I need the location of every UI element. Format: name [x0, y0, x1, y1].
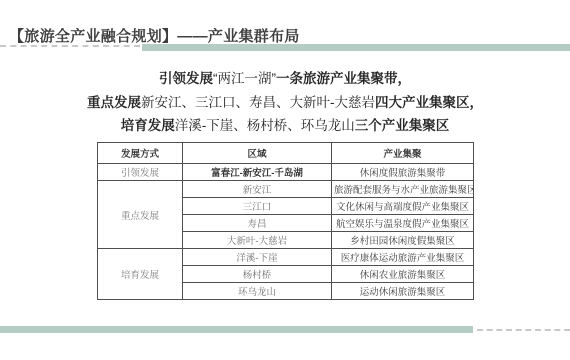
industry-cluster-table: 发展方式 区域 产业集聚 引领发展 富春江-新安江-千岛湖 休闲度假旅游集聚带 …: [97, 142, 474, 300]
table-cell-group-label: 重点发展: [98, 181, 183, 249]
bottom-dashed-line: [477, 329, 570, 331]
table-row: 重点发展 新安江 旅游配套服务与水产业旅游集聚区: [98, 181, 474, 198]
summary-text: 引领发展“两江一湖”一条旅游产业集聚带， 重点发展新安江、三江口、寿昌、大新叶-…: [0, 67, 570, 138]
table-header-row: 发展方式 区域 产业集聚: [98, 143, 474, 164]
table-cell-group-label: 引领发展: [98, 164, 183, 181]
table-cell-region: 寿昌: [183, 215, 332, 232]
summary-line-2-middle: 新安江、三江口、寿昌、大新叶-大慈岩: [141, 95, 375, 110]
table-cell-region: 三江口: [183, 198, 332, 215]
top-accent-bar: [142, 44, 570, 51]
summary-line-2-tail: 四大产业集聚区，: [375, 95, 483, 110]
summary-line-2: 重点发展新安江、三江口、寿昌、大新叶-大慈岩四大产业集聚区，: [0, 91, 570, 115]
table-cell-group-label: 培育发展: [98, 249, 183, 300]
summary-line-3-lead: 培育发展: [121, 118, 175, 133]
table-header-development-mode: 发展方式: [98, 143, 183, 164]
summary-line-3: 培育发展洋溪-下崖、杨村桥、环乌龙山三个产业集聚区: [0, 114, 570, 138]
summary-line-2-lead: 重点发展: [87, 95, 141, 110]
slide: 【旅游全产业融合规划】——产业集群布局 引领发展“两江一湖”一条旅游产业集聚带，…: [0, 0, 570, 360]
table-cell-region: 杨村桥: [183, 266, 332, 283]
table-cell-region: 新安江: [183, 181, 332, 198]
page-title: 【旅游全产业融合规划】——产业集群布局: [9, 25, 300, 46]
summary-line-1-middle: “两江一湖”: [213, 71, 276, 86]
table-header-cluster: 产业集聚: [332, 143, 474, 164]
table-header-region: 区域: [183, 143, 332, 164]
table-cell-cluster: 文化休闲与高端度假产业集聚区: [332, 198, 474, 215]
summary-line-1-tail: 一条旅游产业集聚带，: [276, 71, 411, 86]
bottom-accent-bar: [0, 326, 473, 333]
top-dashed-line: [0, 45, 140, 47]
table-cell-cluster: 休闲农业旅游集聚区: [332, 266, 474, 283]
table-cell-cluster: 医疗康体运动旅游产业集聚区: [332, 249, 474, 266]
summary-line-1-lead: 引领发展: [159, 71, 213, 86]
table-cell-cluster: 乡村田园休闲度假集聚区: [332, 232, 474, 249]
table-row: 引领发展 富春江-新安江-千岛湖 休闲度假旅游集聚带: [98, 164, 474, 181]
table-cell-cluster: 运动休闲旅游集聚区: [332, 283, 474, 300]
table-cell-region: 洋溪-下崖: [183, 249, 332, 266]
table-cell-region: 大新叶-大慈岩: [183, 232, 332, 249]
table-cell-cluster: 休闲度假旅游集聚带: [332, 164, 474, 181]
table-cell-cluster: 旅游配套服务与水产业旅游集聚区: [332, 181, 474, 198]
table-cell-region: 富春江-新安江-千岛湖: [183, 164, 332, 181]
table-cell-region: 环乌龙山: [183, 283, 332, 300]
summary-line-3-middle: 洋溪-下崖、杨村桥、环乌龙山: [175, 118, 355, 133]
summary-line-3-tail: 三个产业集聚区: [355, 118, 450, 133]
summary-line-1: 引领发展“两江一湖”一条旅游产业集聚带，: [0, 67, 570, 91]
table-cell-cluster: 航空娱乐与温泉度假产业集聚区: [332, 215, 474, 232]
table-row: 培育发展 洋溪-下崖 医疗康体运动旅游产业集聚区: [98, 249, 474, 266]
